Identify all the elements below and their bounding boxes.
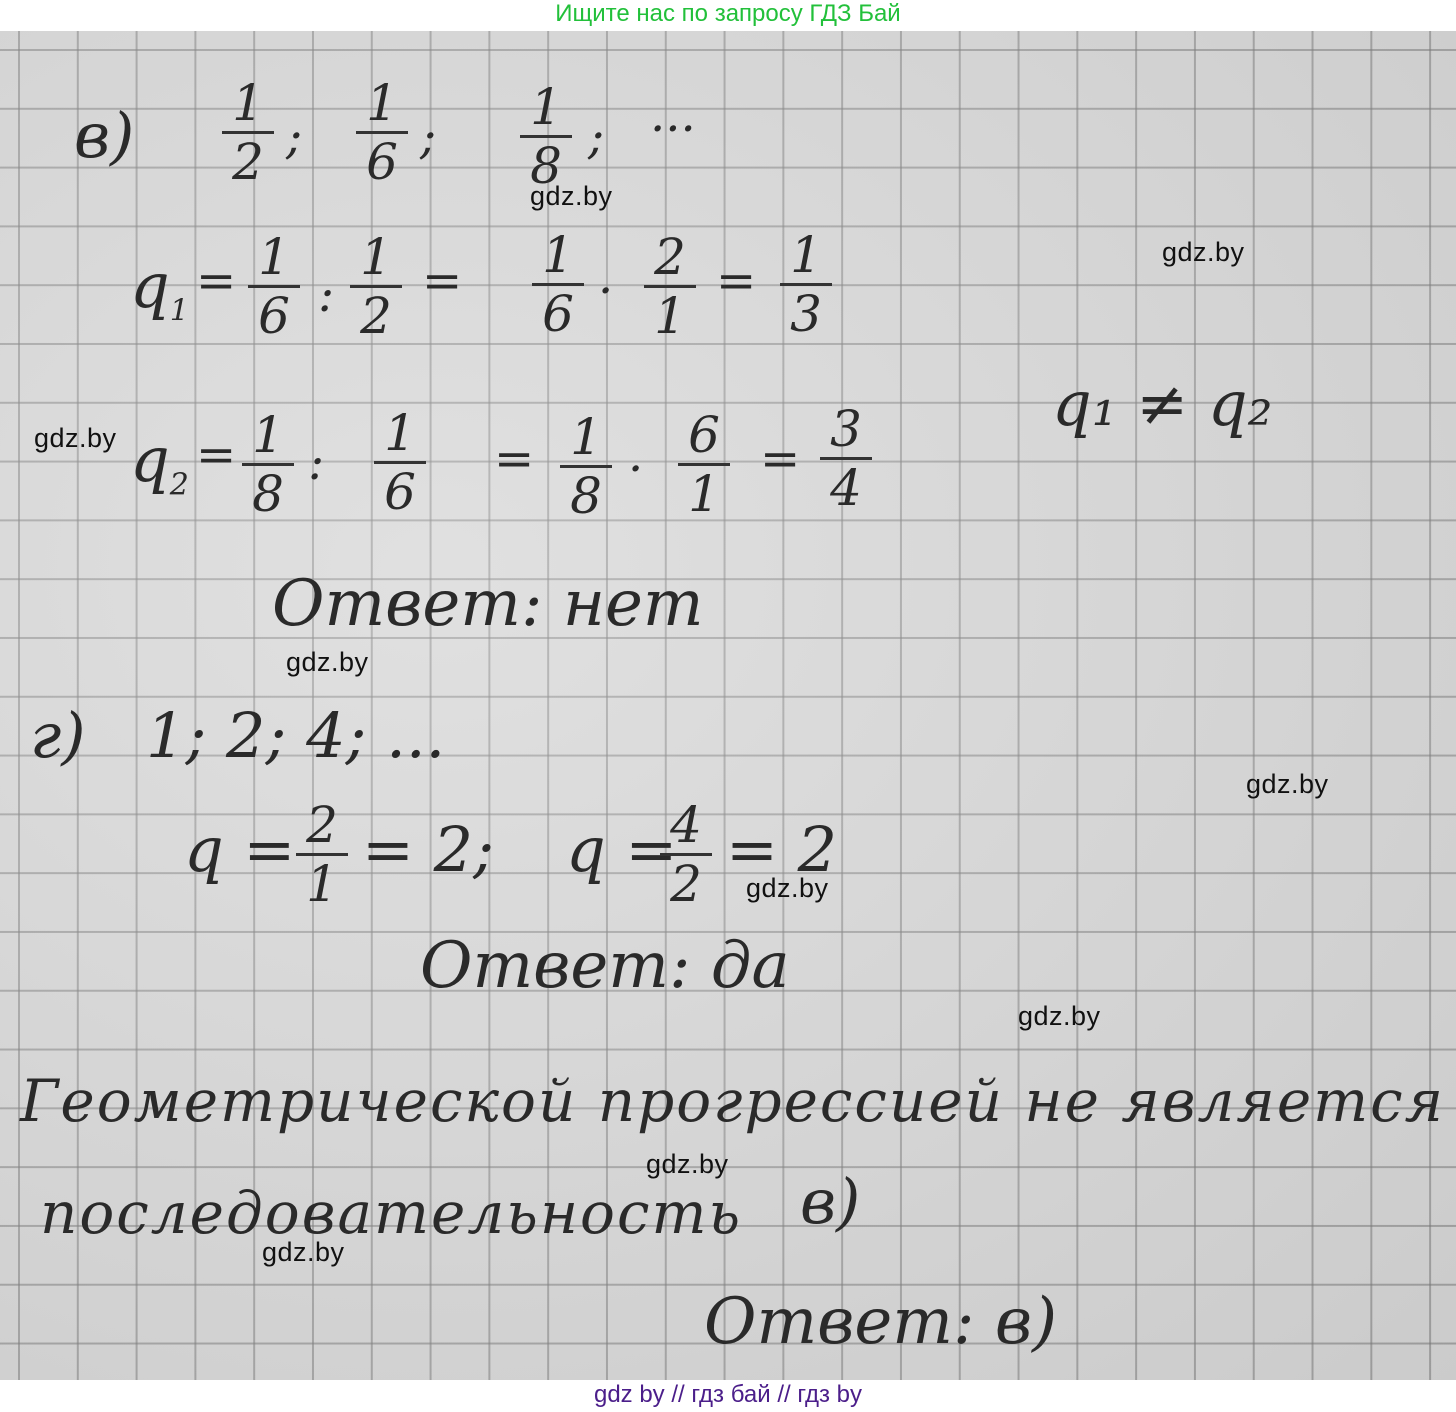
fraction: 16	[374, 407, 426, 518]
operator: =	[422, 253, 462, 309]
sequence-term-3: 18	[520, 81, 572, 192]
separator: ;	[588, 109, 604, 165]
watermark: gdz.by	[746, 873, 829, 904]
operator: :	[308, 435, 324, 491]
equals-sign: =	[196, 427, 236, 483]
separator: ;	[420, 109, 436, 165]
final-answer: Ответ: в)	[704, 1285, 1057, 1359]
q2-symbol: q2	[130, 423, 189, 502]
operator: ·	[598, 263, 613, 319]
ellipsis: ...	[650, 87, 696, 143]
fraction: 16	[248, 231, 300, 342]
operator: =	[760, 431, 800, 487]
watermark: gdz.by	[646, 1149, 729, 1180]
operator: =	[716, 253, 756, 309]
equals-sign: =	[196, 253, 236, 309]
fraction: 42	[660, 799, 712, 910]
comparison: q₁ ≠ q₂	[1052, 367, 1272, 440]
watermark: gdz.by	[1162, 237, 1245, 268]
watermark: gdz.by	[1018, 1001, 1101, 1032]
answer-g: Ответ: да	[420, 929, 790, 1003]
watermark: gdz.by	[34, 423, 117, 454]
fraction: 13	[780, 229, 832, 340]
sequence-term-2: 16	[356, 77, 408, 188]
conclusion-line-2: последовательность	[40, 1179, 742, 1247]
answer-v: Ответ: нет	[272, 567, 704, 641]
q-eq-1-lhs: q =	[184, 813, 295, 886]
watermark: gdz.by	[1246, 769, 1329, 800]
part-g-label: г)	[30, 699, 86, 772]
watermark: gdz.by	[530, 181, 613, 212]
fraction: 18	[560, 411, 612, 522]
separator: ;	[286, 109, 302, 165]
operator: :	[318, 267, 334, 323]
notebook-page: в) 12 ; 16 ; 18 ; ... q1 = 16 : 12 = 16 …	[0, 31, 1456, 1380]
fraction: 61	[678, 409, 730, 520]
sequence-g: 1; 2; 4; ...	[146, 699, 445, 772]
watermark: gdz.by	[262, 1237, 345, 1268]
part-v-label: в)	[74, 99, 134, 172]
operator: ·	[628, 441, 643, 497]
fraction: 16	[532, 229, 584, 340]
q1-symbol: q1	[130, 249, 189, 328]
fraction: 34	[820, 403, 872, 514]
conclusion-line-1: Геометрической прогрессией не является	[20, 1067, 1445, 1135]
fraction: 21	[644, 231, 696, 342]
watermark: gdz.by	[286, 647, 369, 678]
search-banner: Ищите нас по запросу ГДЗ Бай	[0, 0, 1456, 31]
footer-banner: gdz by // гдз бай // гдз by	[0, 1380, 1456, 1412]
fraction: 12	[350, 231, 402, 342]
operator: =	[494, 431, 534, 487]
fraction: 18	[242, 409, 294, 520]
sequence-term-1: 12	[222, 77, 274, 188]
fraction: 21	[296, 799, 348, 910]
q-eq-1-rhs: = 2;	[362, 813, 494, 886]
conclusion-ref: в)	[800, 1165, 860, 1238]
